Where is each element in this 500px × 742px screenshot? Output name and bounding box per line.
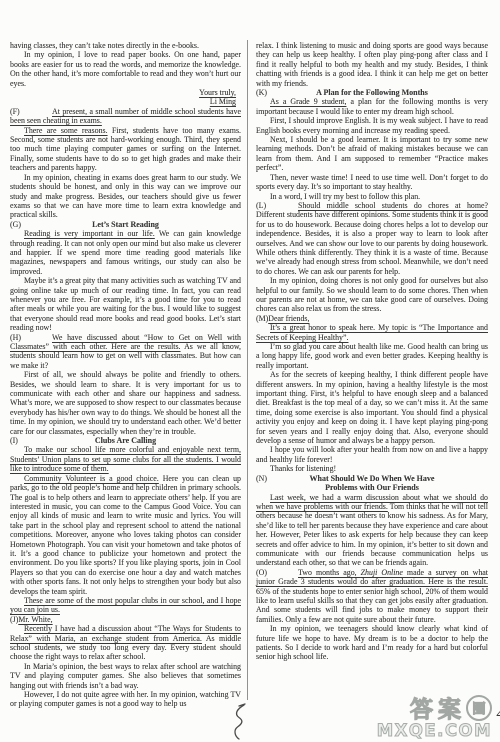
text-segment: However, I do not quite agree with her. … [10, 690, 241, 708]
text-segment: Here you can clean up parks, go to the o… [10, 474, 241, 596]
paragraph: It’s a great honor to speak here. My top… [256, 323, 488, 342]
watermark-char: 案 [438, 691, 464, 724]
paragraph: In my opinion, cheating in exams does gr… [10, 173, 241, 220]
watermark-brand-text: 答 案 圈 [377, 695, 492, 720]
heading-line: Problems with Our Friends [256, 483, 488, 492]
watermark-circle-icon: 圈 [466, 695, 492, 721]
section-marker: (K) [256, 88, 267, 97]
paragraph: To make our school life more colorful an… [10, 445, 241, 473]
text-segment: I hope you will look after your health f… [256, 445, 488, 463]
paragraph: In Maria’s opinion, the best ways to rel… [10, 662, 241, 690]
handwritten-mark-icon [231, 703, 249, 741]
paragraph: (H)We have discussed about “How to Get o… [10, 333, 241, 371]
paragraph: Recently I have had a discussion about “… [10, 624, 241, 662]
text-segment: I’m so glad you care about health like m… [256, 342, 488, 370]
column-divider [247, 40, 248, 700]
section-marker: (G) [10, 220, 21, 229]
text-segment: To make our school life more colorful an… [10, 445, 241, 473]
paragraph: relax. I think listening to music and do… [256, 41, 488, 88]
text-segment: Tom thinks that he will not tell others … [256, 502, 488, 567]
text-segment: In my opinion, I love to read paper book… [10, 50, 241, 87]
paragraph: Last week, we had a warm discussion abou… [256, 493, 488, 568]
text-segment: In Maria’s opinion, the best ways to rel… [10, 662, 241, 690]
signature-line: Yours truly, [10, 88, 236, 97]
text-segment: Thanks for listening! [270, 464, 336, 473]
section-heading: (I)Clubs Are Calling [10, 436, 241, 445]
left-column: having classes, they can’t take notes di… [10, 41, 241, 709]
paragraph: (M)Dear friends, [256, 314, 488, 323]
paragraph: having classes, they can’t take notes di… [10, 41, 241, 50]
paragraph: As a Grade 9 student, a plan for the fol… [256, 97, 488, 116]
text-segment: having classes, they can’t take notes di… [10, 41, 199, 50]
heading-line: What Should We Do When We Have [256, 474, 488, 483]
paragraph: (L)Should middle school students do chor… [256, 201, 488, 276]
text-segment: relax. I think listening to music and do… [256, 41, 488, 88]
text-segment: Community Volunteer is a good choice. [24, 474, 159, 483]
text-segment: In my opinion, we teenagers should know … [256, 624, 488, 661]
scanned-page: having classes, they can’t take notes di… [0, 0, 500, 742]
paragraph: (O)Two months ago, Zhuji Online made a s… [256, 568, 488, 624]
watermark-logo: 答 案 圈 MXQE.COM [377, 695, 492, 740]
heading-line: Let’s Start Reading [10, 220, 241, 229]
paragraph: First, I should improve English. It is m… [256, 116, 488, 135]
section-marker: (L) [256, 201, 298, 210]
paragraph: Thanks for listening! [256, 464, 488, 473]
section-heading: (N)What Should We Do When We HaveProblem… [256, 474, 488, 493]
text-segment: There are some reasons. [24, 126, 108, 135]
paragraph: I hope you will look after your health f… [256, 445, 488, 464]
section-marker: (M) [256, 314, 268, 323]
text-segment: Yours truly, [199, 88, 236, 97]
paragraph: In a word, I will try my best to follow … [256, 192, 488, 201]
heading-line: Clubs Are Calling [10, 436, 241, 445]
right-column: relax. I think listening to music and do… [256, 41, 488, 662]
signature-line: Li Ming [10, 97, 236, 106]
text-segment: Maybe it’s a great pity that many activi… [10, 276, 241, 332]
text-segment: It’s a great honor to speak here. My top… [256, 323, 488, 341]
page-number: 4 [497, 706, 500, 723]
paragraph: Maybe it’s a great pity that many activi… [10, 276, 241, 332]
section-heading: (G)Let’s Start Reading [10, 220, 241, 229]
paragraph: (J)Mr. White, [10, 615, 241, 624]
paragraph: These are some of the most popular clubs… [10, 596, 241, 615]
text-segment: Next, I should be a good learner. It is … [256, 135, 488, 172]
text-segment: Then, never waste time! I need to use ti… [256, 173, 488, 191]
text-segment: Reading is very important in our life. [24, 229, 155, 238]
paragraph: Then, never waste time! I need to use ti… [256, 173, 488, 192]
watermark-char: 圈 [472, 698, 485, 717]
text-segment: These are some of the most popular clubs… [10, 596, 241, 614]
section-marker: (H) [10, 333, 52, 342]
paragraph: Next, I should be a good learner. It is … [256, 135, 488, 173]
text-segment: Different students have different opinio… [256, 210, 488, 275]
paragraph: In my opinion, doing chores is not only … [256, 276, 488, 314]
text-segment: First, I should improve English. It is m… [256, 116, 488, 134]
section-marker: (F) [10, 107, 52, 116]
paragraph: (F)At present, a small number of middle … [10, 107, 241, 126]
text-segment: As a Grade 9 student, [270, 97, 346, 106]
heading-line: A Plan for the Following Months [256, 88, 488, 97]
paragraph: As for the secrets of keeping healthy, I… [256, 370, 488, 445]
paragraph: In my opinion, I love to read paper book… [10, 50, 241, 88]
text-segment: As for the secrets of keeping healthy, I… [256, 370, 488, 445]
paragraph: First of all, we should always be polite… [10, 370, 241, 436]
text-segment: In my opinion, cheating in exams does gr… [10, 173, 241, 220]
paragraph: However, I do not quite agree with her. … [10, 690, 241, 709]
section-marker: (N) [256, 474, 267, 483]
text-segment: Mr. White, [18, 615, 52, 624]
text-segment: In a word, I will try my best to follow … [270, 192, 420, 201]
text-segment: 65% of the students hope to enter senior… [256, 587, 488, 624]
section-marker: (I) [10, 436, 18, 445]
text-segment: Two months ago, [298, 568, 361, 577]
watermark-site-text: MXQE.COM [377, 721, 492, 740]
paragraph: I’m so glad you care about health like m… [256, 342, 488, 370]
text-segment: Should middle school students do chores … [298, 201, 488, 210]
paragraph: In my opinion, we teenagers should know … [256, 624, 488, 662]
section-heading: (K)A Plan for the Following Months [256, 88, 488, 97]
section-marker: (O) [256, 568, 298, 577]
paragraph: Community Volunteer is a good choice. He… [10, 474, 241, 596]
text-segment: Li Ming [210, 97, 236, 106]
watermark-char: 答 [410, 691, 436, 724]
paragraph: Reading is very important in our life. W… [10, 229, 241, 276]
signature: Yours truly,Li Ming [10, 88, 241, 107]
text-segment: First of all, we should always be polite… [10, 370, 241, 435]
text-segment: Dear friends, [268, 314, 309, 323]
text-segment: Zhuji Online [361, 568, 403, 577]
text-segment: In my opinion, doing chores is not only … [256, 276, 488, 313]
paragraph: There are some reasons. First, students … [10, 126, 241, 173]
